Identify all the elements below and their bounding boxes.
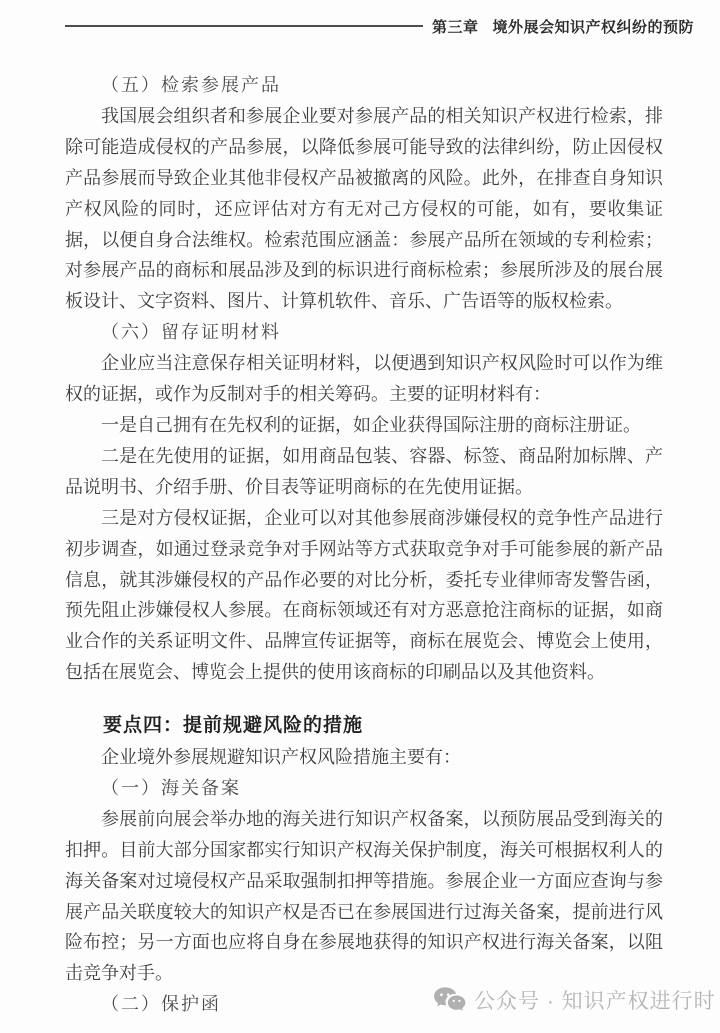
content-blocks: （五）检索参展产品我国展会组织者和参展企业要对参展产品的相关知识产权进行检索，排… — [65, 70, 663, 1020]
wechat-icon — [433, 986, 466, 1015]
section-subheading: （六）留存证明材料 — [65, 317, 663, 348]
watermark: 公众号 · 知识产权进行时 — [433, 985, 716, 1015]
section-subheading: （五）检索参展产品 — [65, 70, 663, 101]
key-point-heading: 要点四：提前规避风险的措施 — [65, 711, 663, 742]
paragraph: 一是自己拥有在先权利的证据，如企业获得国际注册的商标注册证。 — [65, 410, 663, 441]
document-page: 第三章 境外展会知识产权纠纷的预防 （五）检索参展产品我国展会组织者和参展企业要… — [0, 0, 720, 1033]
paragraph: 企业境外参展规避知识产权风险措施主要有： — [65, 742, 663, 773]
watermark-text: 公众号 · 知识产权进行时 — [474, 985, 716, 1015]
paragraph: 我国展会组织者和参展企业要对参展产品的相关知识产权进行检索，排除可能造成侵权的产… — [65, 101, 663, 317]
paragraph: 二是在先使用的证据，如用商品包装、容器、标签、商品附加标牌、产品说明书、介绍手册… — [65, 441, 663, 503]
section-subheading: （一）海关备案 — [65, 773, 663, 804]
page-header: 第三章 境外展会知识产权纠纷的预防 — [65, 14, 694, 38]
chapter-title: 境外展会知识产权纠纷的预防 — [493, 16, 695, 37]
paragraph: 三是对方侵权证据，企业可以对其他参展商涉嫌侵权的竞争性产品进行初步调查，如通过登… — [65, 503, 663, 688]
header-rule — [65, 25, 423, 27]
paragraph: 参展前向展会举办地的海关进行知识产权备案，以预防展品受到海关的扣押。目前大部分国… — [65, 804, 663, 989]
chapter-label: 第三章 — [432, 16, 479, 37]
paragraph: 企业应当注意保存相关证明材料，以便遇到知识产权风险时可以作为维权的证据，或作为反… — [65, 348, 663, 410]
